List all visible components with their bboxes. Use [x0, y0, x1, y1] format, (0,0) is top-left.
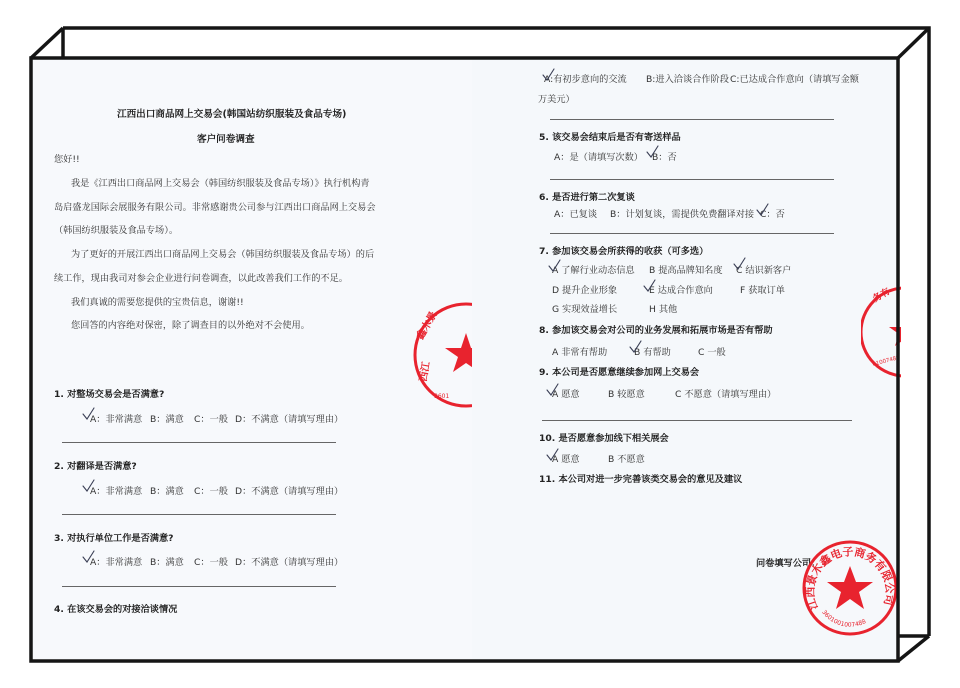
checkmark-icon: [546, 383, 564, 397]
answer-line[interactable]: [550, 179, 834, 180]
question-5: 5. 该交易会结束后是否有寄送样品: [539, 132, 681, 144]
greeting: 您好!!: [54, 154, 80, 166]
checkmark-icon: [546, 448, 564, 462]
checkmark-icon: [82, 479, 100, 493]
checkmark-icon: [82, 550, 100, 564]
option-a[interactable]: A 非常有帮助: [552, 347, 607, 359]
option-b[interactable]: B：满意: [150, 414, 184, 426]
answer-line[interactable]: [62, 442, 336, 443]
option-b[interactable]: B：满意: [150, 557, 184, 569]
answer-line[interactable]: [542, 420, 852, 421]
answer-line[interactable]: [550, 119, 834, 120]
option-d[interactable]: D：不满意（请填写理由）: [235, 557, 343, 569]
checkmark-icon: [629, 340, 647, 354]
question-6: 6. 是否进行第二次复谈: [539, 192, 635, 204]
checkmark-icon: [756, 203, 774, 217]
question-10: 10. 是否愿意参加线下相关展会: [539, 433, 669, 445]
checkmark-icon: [733, 257, 751, 271]
option-b[interactable]: B:进入洽谈合作阶段: [646, 74, 729, 86]
svg-text:01007488: 01007488: [872, 355, 901, 368]
option-g[interactable]: G 实现效益增长: [552, 304, 617, 316]
intro-line: （韩国纺织服装及食品专场）。: [54, 225, 178, 237]
option-d[interactable]: D：不满意（请填写理由）: [235, 486, 343, 498]
question-text: 对翻译是否满意?: [67, 461, 137, 472]
intro-line: 您回答的内容绝对保密，除了调查目的以外绝对不会使用。: [71, 320, 310, 332]
option-a[interactable]: A：是（请填写次数）: [554, 152, 643, 164]
company-seal-right-half: 务有 01007488: [861, 280, 901, 380]
option-c[interactable]: C 不愿意（请填写理由）: [675, 389, 776, 401]
intro-line: 我是《江西出口商品网上交易会（韩国纺织服装及食品专场）》执行机构青: [71, 178, 370, 190]
checkmark-icon: [82, 407, 100, 421]
svg-text:3601: 3601: [434, 393, 449, 400]
option-h[interactable]: H 其他: [649, 304, 677, 316]
document-title: 江西出口商品网上交易会(韩国站纺织服装及食品专场): [117, 109, 346, 121]
option-f[interactable]: F 获取订单: [740, 285, 785, 297]
svg-text:务有: 务有: [871, 285, 893, 304]
option-b[interactable]: B：满意: [150, 486, 184, 498]
answer-line[interactable]: [550, 233, 834, 234]
document-subtitle: 客户问卷调查: [197, 134, 255, 146]
checkmark-icon: [542, 68, 560, 82]
questionnaire-page-left: 江西出口商品网上交易会(韩国站纺织服装及食品专场) 客户问卷调查 您好!! 我是…: [32, 57, 472, 660]
checkmark-icon: [548, 259, 566, 273]
company-seal: 江西景木鑫电子商务有限公司 3601001007488: [800, 538, 900, 638]
option-c[interactable]: C：一般: [194, 486, 228, 498]
option-b[interactable]: B：计划复谈，需提供免费翻译对接: [610, 209, 754, 221]
option-c-continued: 万美元）: [538, 94, 575, 106]
intro-line: 续工作，现由我司对参会企业进行问卷调查，以此改善我们工作的不足。: [54, 273, 348, 285]
question-text: 对执行单位工作是否满意?: [67, 533, 173, 544]
answer-line[interactable]: [62, 514, 336, 515]
question-8: 8. 参加该交易会对公司的业务发展和拓展市场是否有帮助: [539, 325, 773, 337]
option-b[interactable]: B 提高品牌知名度: [649, 265, 723, 277]
company-seal-left-half: 鑫木景 西江 3601: [408, 300, 472, 410]
option-c[interactable]: C 一般: [698, 347, 726, 359]
option-b[interactable]: B 较愿意: [608, 389, 645, 401]
option-d[interactable]: D：不满意（请填写理由）: [235, 414, 343, 426]
intro-line: 岛启盛龙国际会展服务有限公司。非常感谢贵公司参与江西出口商品网上交易会: [54, 202, 376, 214]
checkmark-icon: [643, 279, 661, 293]
option-a[interactable]: A：已复谈: [554, 209, 597, 221]
option-c[interactable]: C：一般: [194, 557, 228, 569]
intro-line: 为了更好的开展江西出口商品网上交易会（韩国纺织服装及食品专场）的后: [71, 249, 374, 261]
question-11: 11. 本公司对进一步完善该类交易会的意见及建议: [539, 474, 742, 486]
option-b[interactable]: B 不愿意: [608, 454, 645, 466]
answer-line[interactable]: [62, 586, 336, 587]
question-4: 4. 在该交易会的对接洽谈情况: [54, 604, 177, 616]
intro-line: 我们真诚的需要您提供的宝贵信息，谢谢!!: [71, 297, 244, 309]
option-d[interactable]: D 提升企业形象: [552, 285, 617, 297]
svg-text:鑫木景: 鑫木景: [413, 309, 440, 342]
question-7: 7. 参加该交易会所获得的收获（可多选）: [539, 246, 708, 258]
question-9: 9. 本公司是否愿意继续参加网上交易会: [539, 367, 699, 379]
checkmark-icon: [646, 145, 664, 159]
option-c[interactable]: C:已达成合作意向（请填写金额: [730, 74, 859, 86]
question-text: 对整场交易会是否满意?: [67, 389, 164, 400]
question-text: 在该交易会的对接洽谈情况: [67, 604, 177, 615]
option-c[interactable]: C：一般: [194, 414, 228, 426]
